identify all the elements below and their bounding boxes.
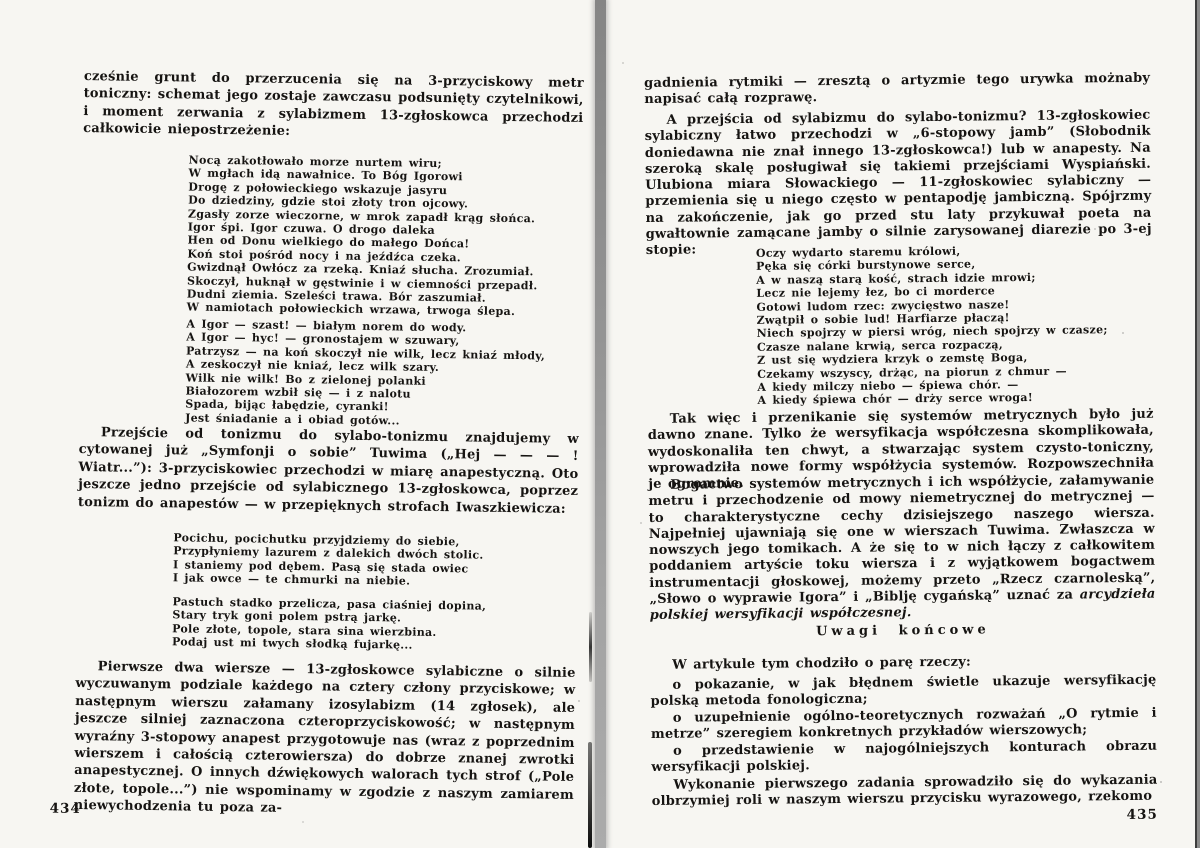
verse-block: Nocą zakotłowało morze nurtem wiru;W mgł… — [187, 153, 540, 319]
paragraph: Bogactwo systemów metrycznych i ich wspó… — [648, 473, 1156, 625]
page-left: cześnie grunt do przerzucenia się na 3-p… — [84, 68, 584, 75]
paragraph: Przejście od tonizmu do sylabo-tonizmu z… — [78, 424, 579, 518]
paragraph: o pokazanie, w jak błędnem świetle ukazu… — [650, 673, 1156, 711]
paragraph: Pierwsze dwa wiersze — 13-zgłoskowce syl… — [74, 658, 576, 822]
page-number: 434 — [50, 801, 81, 817]
paragraph: o uzupełnienie ogólno-teoretycznych rozw… — [651, 706, 1157, 744]
verse-line: A kiedy śpiewa chór — drży serce wroga! — [757, 391, 1108, 408]
page-right: gadnienia rytmiki — zresztą o artyzmie t… — [644, 65, 1150, 70]
paragraph: gadnienia rytmiki — zresztą o artyzmie t… — [644, 71, 1150, 109]
verse-block: Pastuch stadko przelicza, pasa ciaśniej … — [172, 595, 486, 653]
page-number: 435 — [1127, 807, 1158, 823]
scan-noise-specks — [0, 0, 2, 2]
paragraph: A przejścia od sylabizmu do sylabo-toniz… — [644, 108, 1152, 260]
gutter-dark-sliver — [589, 612, 592, 682]
paragraph: o przedstawienie w najogólniejszych kont… — [651, 739, 1157, 777]
book-scan: { "page_left": { "page_number": "434", "… — [0, 0, 1200, 848]
verse-block: A Igor — szast! — białym norem do wody.A… — [185, 317, 546, 429]
verse-block: Oczy wydarto staremu królowi,Pęka się có… — [756, 243, 1109, 408]
paragraph: Wykonanie pierwszego zadania sprowadziło… — [651, 773, 1157, 811]
gutter-dark-sliver — [588, 742, 592, 848]
verse-block: Pocichu, pocichutku przyjdziemy do siebi… — [173, 531, 484, 589]
paragraph: cześnie grunt do przerzucenia się na 3-p… — [83, 68, 584, 145]
page-gutter-shadow — [595, 0, 606, 848]
paragraph: W artykule tym chodziło o parę rzeczy: — [650, 653, 1156, 675]
